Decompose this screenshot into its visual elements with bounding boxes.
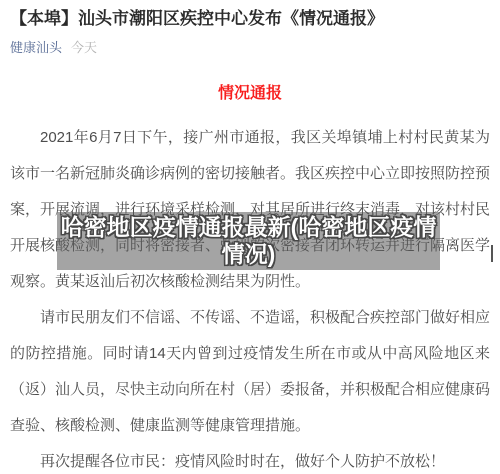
source-account-link[interactable]: 健康汕头 bbox=[10, 40, 62, 56]
article-paragraph: 再次提醒各位市民：疫情风险时时在，做好个人防护不放松！ bbox=[10, 444, 490, 474]
article-page: 【本埠】汕头市潮阳区疾控中心发布《情况通报》 健康汕头 今天 情况通报 2021… bbox=[0, 8, 500, 474]
notice-heading: 情况通报 bbox=[10, 80, 490, 103]
article-paragraph: 2021年6月7日下午，接广州市通报，我区关埠镇埔上村村民黄某为该市一名新冠肺炎… bbox=[10, 120, 490, 300]
article-body: 2021年6月7日下午，接广州市通报，我区关埠镇埔上村村民黄某为该市一名新冠肺炎… bbox=[10, 120, 490, 474]
article-paragraph: 请市民朋友们不信谣、不传谣、不造谣，积极配合疾控部门做好相应的防控措施。同时请1… bbox=[10, 300, 490, 444]
text-caret bbox=[491, 245, 493, 262]
publish-time: 今天 bbox=[71, 40, 97, 56]
article-title: 【本埠】汕头市潮阳区疾控中心发布《情况通报》 bbox=[10, 8, 490, 31]
article-meta: 健康汕头 今天 bbox=[10, 40, 490, 56]
